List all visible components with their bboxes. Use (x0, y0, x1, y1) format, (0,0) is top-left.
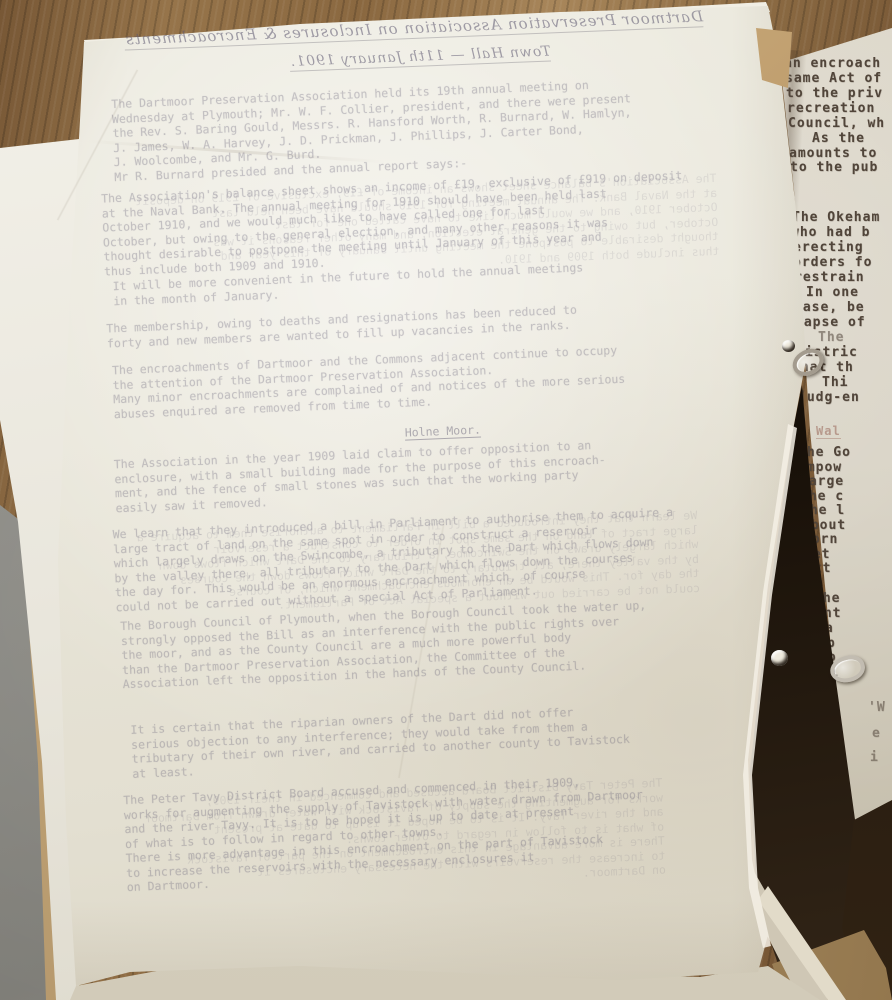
mirrored-pencil-heading: Town Hall — 11th January 1901. (290, 43, 551, 71)
text-fragment: As the (812, 131, 865, 146)
text-fragment: Thi (822, 375, 848, 390)
text-fragment: 'W (868, 700, 886, 715)
text-fragment: recreation (787, 101, 875, 116)
paragraph: The encroachments of Dartmoor and the Co… (112, 343, 626, 422)
section-heading: Holne Moor. (405, 423, 482, 441)
punched-hole (771, 650, 788, 666)
text-fragment: same Act of (785, 71, 882, 86)
punched-hole (782, 340, 795, 352)
text-fragment: lapse of (795, 315, 866, 330)
text-fragment: erecting (793, 240, 864, 255)
text-fragment: judg-en (798, 390, 860, 405)
text-fragment: who had b (791, 225, 870, 240)
text-fragment: The Okeham (792, 210, 880, 225)
main-page-text: Dartmoor Preservation Association on Inc… (88, 0, 828, 969)
mirrored-pencil-heading: Dartmoor Preservation Association on Inc… (124, 7, 703, 50)
document-photo: an encroach same Act of to the priv recr… (0, 0, 892, 1000)
text-fragment: to the pub (790, 160, 878, 175)
text-fragment: an encroach (784, 56, 881, 71)
text-fragment: e (872, 726, 881, 741)
paragraph: The membership, owing to deaths and resi… (106, 303, 578, 351)
text-fragment: Council, wh (788, 116, 885, 131)
text-fragment: amounts to (789, 146, 877, 161)
faded-heading: Wal (816, 424, 841, 439)
ghost-paragraph: The Peter Tavy District Board accused an… (143, 776, 666, 898)
text-fragment: i (870, 750, 879, 765)
text-fragment: orders fo (793, 255, 872, 270)
text-fragment: In one (806, 285, 859, 300)
paragraph: The Dartmoor Preservation Association he… (111, 76, 633, 184)
text-fragment: restrain (794, 270, 865, 285)
paragraph: It is certain that the riparian owners o… (130, 703, 630, 781)
text-fragment: The (818, 330, 844, 345)
text-fragment: to the priv (786, 86, 883, 101)
text-fragment: case, be (794, 300, 865, 315)
paragraph: The Association in the year 1909 laid cl… (114, 438, 608, 516)
